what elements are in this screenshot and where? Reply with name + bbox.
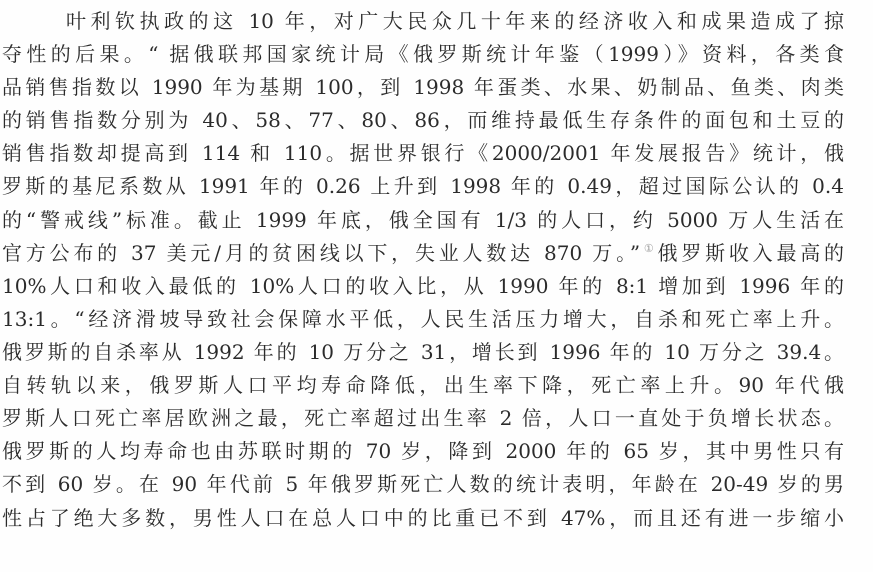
text-line-16: 性占了绝大多数，男性人口在总人口中的比重已不到 47%，而且还有进一步缩小: [2, 502, 844, 535]
text-line-14: 俄罗斯的人均寿命也由苏联时期的 70 岁，降到 2000 年的 65 岁，其中男…: [2, 435, 844, 468]
text-line-2: 夺性的后果。“ 据俄联邦国家统计局《俄罗斯统计年鉴（1999）》资料，各类食: [2, 38, 844, 71]
text-line-4: 的销售指数分别为 40、58、77、80、86，而维持最低生存条件的面包和土豆的: [2, 104, 844, 137]
text-line-8-part-1: 官方公布的 37 美元/月的贫困线以下，失业人数达 870 万。”: [2, 241, 640, 265]
text-line-1: 叶利钦执政的这 10 年，对广大民众几十年来的经济收入和成果造成了掠: [66, 5, 844, 38]
text-line-6: 罗斯的基尼系数从 1991 年的 0.26 上升到 1998 年的 0.49，超…: [2, 170, 844, 203]
text-line-9: 10%人口和收入最低的 10%人口的收入比，从 1990 年的 8:1 增加到 …: [2, 270, 844, 303]
document-page: 叶利钦执政的这 10 年，对广大民众几十年来的经济收入和成果造成了掠 夺性的后果…: [0, 0, 873, 572]
text-line-13: 罗斯人口死亡率居欧洲之最，死亡率超过出生率 2 倍，人口一直处于负增长状态。: [2, 402, 844, 435]
text-line-15: 不到 60 岁。在 90 年代前 5 年俄罗斯死亡人数的统计表明，年龄在 20-…: [2, 468, 844, 501]
text-line-17-cropped: [2, 535, 844, 572]
text-line-8-part-2: 俄罗斯收入最高的: [658, 241, 844, 265]
footnote-marker[interactable]: ①: [640, 242, 657, 255]
text-line-10: 13:1。“经济滑坡导致社会保障水平低，人民生活压力增大，自杀和死亡率上升。: [2, 303, 844, 336]
text-line-12: 自转轨以来，俄罗斯人口平均寿命降低，出生率下降，死亡率上升。90 年代俄: [2, 369, 844, 402]
text-line-11: 俄罗斯的自杀率从 1992 年的 10 万分之 31，增长到 1996 年的 1…: [2, 336, 844, 369]
text-line-7: 的“警戒线”标准。截止 1999 年底，俄全国有 1/3 的人口，约 5000 …: [2, 204, 844, 237]
text-line-3: 品销售指数以 1990 年为基期 100，到 1998 年蛋类、水果、奶制品、鱼…: [2, 71, 844, 104]
text-line-8: 官方公布的 37 美元/月的贫困线以下，失业人数达 870 万。”①俄罗斯收入最…: [2, 237, 844, 270]
text-line-5: 销售指数却提高到 114 和 110。据世界银行《2000/2001 年发展报告…: [2, 137, 844, 170]
